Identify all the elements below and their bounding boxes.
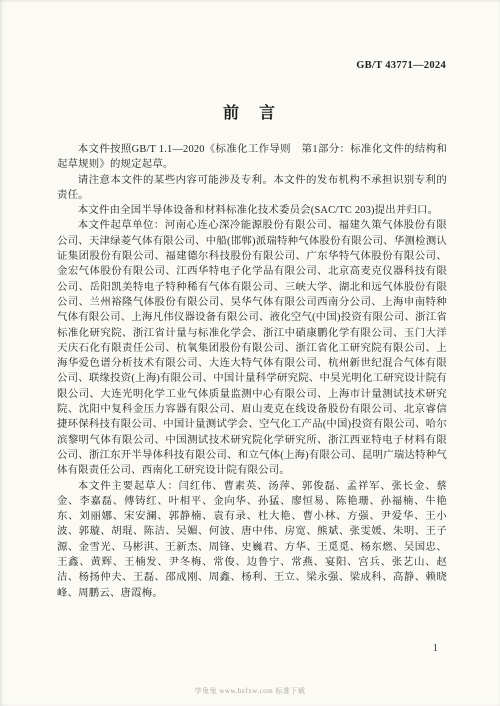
page-number: 1: [433, 643, 438, 654]
page-title: 前 言: [0, 100, 500, 123]
foreword-body: 本文件按照GB/T 1.1—2020《标准化工作导则 第1部分：标准化文件的结构…: [57, 142, 447, 601]
paragraph-main-drafters: 本文件主要起草人：闫红伟、曹素英、汤萍、郭俊磊、孟祥军、张长金、蔡金、李嘉磊、傅…: [57, 479, 447, 601]
standard-number: GB/T 43771—2024: [356, 60, 446, 71]
paragraph-committee: 本文件由全国半导体设备和材料标准化技术委员会(SAC/TC 203)提出并归口。: [57, 203, 447, 218]
paragraph-patent-notice: 请注意本文件的某些内容可能涉及专利。本文件的发布机构不承担识别专利的责任。: [57, 173, 447, 204]
paragraph-drafting-basis: 本文件按照GB/T 1.1—2020《标准化工作导则 第1部分：标准化文件的结构…: [57, 142, 447, 173]
paragraph-drafting-organizations: 本文件起草单位：河南心连心深冷能源股份有限公司、福建久策气体股份有限公司、天津绿…: [57, 218, 447, 478]
watermark-text: 学兔兔 www.bzfxw.com 标准下载: [0, 686, 500, 696]
standard-document-page: GB/T 43771—2024 前 言 本文件按照GB/T 1.1—2020《标…: [0, 0, 500, 706]
